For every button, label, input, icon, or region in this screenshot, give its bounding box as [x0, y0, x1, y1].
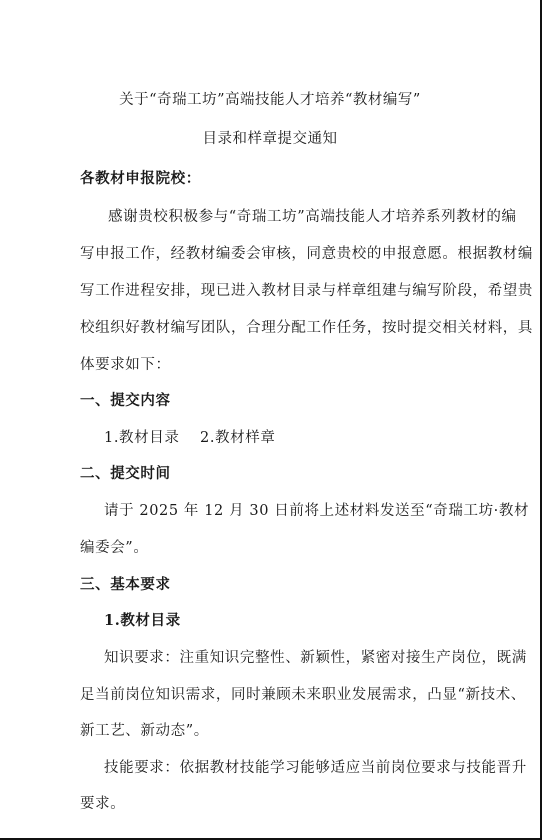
- title-line-1: 关于“奇瑞工坊”高端技能人才培养“教材编写”: [0, 91, 540, 109]
- section2-text-2: 编委会”。: [80, 539, 148, 557]
- knowledge-line-2: 足当前岗位知识需求，同时兼顾未来职业发展需求，凸显“新技术、: [80, 686, 461, 704]
- knowledge-line-3: 新工艺、新动态”。: [80, 722, 209, 740]
- knowledge-line-1: 知识要求：注重知识完整性、新颖性，紧密对接生产岗位，既满: [104, 649, 461, 667]
- section1-heading: 一、提交内容: [80, 392, 171, 410]
- section2-text-1: 请于 2025 年 12 月 30 日前将上述材料发送至“奇瑞工坊·教材: [104, 502, 461, 520]
- section3-sub1: 1.教材目录: [104, 612, 181, 630]
- salutation: 各教材申报院校：: [80, 170, 201, 188]
- skill-line-1: 技能要求：依据教材技能学习能够适应当前岗位要求与技能晋升: [104, 759, 461, 777]
- section1-item-2: 2.教材样章: [200, 429, 275, 447]
- intro-line-1: 感谢贵校积极参与“奇瑞工坊”高端技能人才培养系列教材的编: [108, 208, 461, 226]
- skill-line-2: 要求。: [80, 795, 125, 813]
- document-page: 关于“奇瑞工坊”高端技能人才培养“教材编写” 目录和样章提交通知 各教材申报院校…: [0, 0, 542, 840]
- section2-heading: 二、提交时间: [80, 465, 171, 483]
- intro-line-3: 写工作进程安排，现已进入教材目录与样章组建与编写阶段，希望贵: [80, 282, 461, 300]
- section3-heading: 三、基本要求: [80, 576, 171, 594]
- intro-line-4: 校组织好教材编写团队，合理分配工作任务，按时提交相关材料，具: [80, 319, 461, 337]
- section1-item-1: 1.教材目录: [104, 429, 179, 447]
- intro-line-5: 体要求如下：: [80, 356, 171, 374]
- intro-line-2: 写申报工作，经教材编委会审核，同意贵校的申报意愿。根据教材编: [80, 245, 461, 263]
- title-line-2: 目录和样章提交通知: [0, 130, 540, 148]
